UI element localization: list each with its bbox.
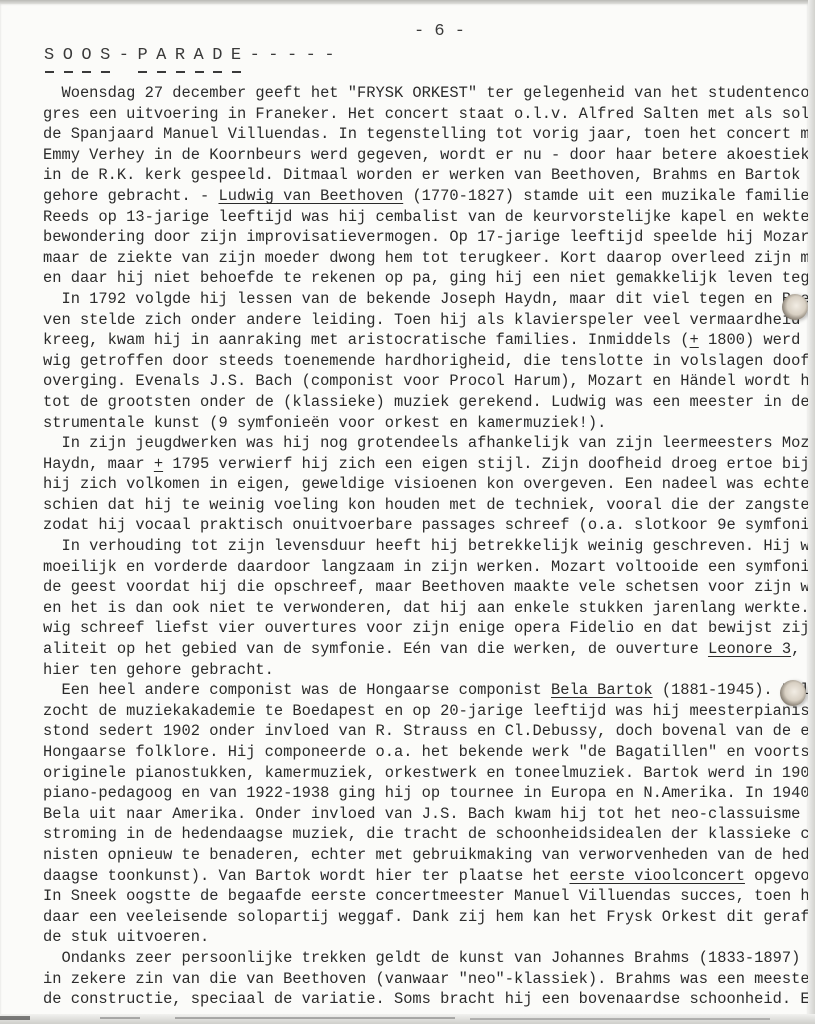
text-line: Hongaarse folklore. Hij componeerde o.a.… bbox=[43, 742, 815, 763]
text-line: In verhouding tot zijn levensduur heeft … bbox=[43, 536, 815, 557]
heading-letter: S bbox=[44, 46, 63, 65]
text-segment: In 1792 volgde hij lessen van de bekende… bbox=[43, 290, 815, 308]
text-line: Woensdag 27 december geeft het "FRYSK OR… bbox=[43, 83, 815, 104]
text-line: gehore gebracht. - Ludwig van Beethoven … bbox=[43, 186, 815, 207]
text-segment: bewondering door zijn improvisatievermog… bbox=[43, 228, 815, 246]
text-line: de constructie, speciaal de variatie. So… bbox=[43, 989, 815, 1010]
text-segment: in zekere zin van die van Beethoven (van… bbox=[43, 970, 815, 988]
heading-letter: O bbox=[63, 46, 82, 65]
text-segment: de stuk uitvoeren. bbox=[43, 928, 209, 946]
text-segment: en het is dan ook niet te verwonderen, d… bbox=[43, 599, 815, 617]
text-line: overging. Evenals J.S. Bach (componist v… bbox=[43, 371, 815, 392]
punch-hole bbox=[782, 294, 808, 320]
text-segment: Woensdag 27 december geeft het "FRYSK OR… bbox=[43, 84, 815, 102]
text-segment: Haydn, maar bbox=[43, 455, 154, 473]
heading-letter: P bbox=[137, 46, 156, 65]
text-line: aliteit op het gebied van de symfonie. E… bbox=[43, 639, 815, 660]
text-line: de geest voordat hij die opschreef, maar… bbox=[43, 577, 815, 598]
underlined-title: + bbox=[154, 455, 163, 473]
text-segment: gehore gebracht. - bbox=[43, 187, 218, 205]
underlined-title: eerste vioolconcert bbox=[569, 867, 744, 885]
text-segment: gres een uitvoering in Franeker. Het con… bbox=[43, 105, 815, 123]
text-segment: In verhouding tot zijn levensduur heeft … bbox=[43, 537, 815, 555]
text-line: strumentale kunst (9 symfonieën voor ork… bbox=[43, 413, 815, 434]
underlined-title: Ludwig van Beethoven bbox=[218, 187, 403, 205]
heading-letter: - bbox=[287, 46, 306, 65]
paper-right-edge bbox=[808, 0, 815, 1024]
text-line: Emmy Verhey in de Koornbeurs werd gegeve… bbox=[43, 145, 815, 166]
text-segment: moeilijk en vorderde daardoor langzaam i… bbox=[43, 558, 815, 576]
text-line: Een heel andere componist was de Hongaar… bbox=[43, 680, 815, 701]
text-line: daar een veeleisende solopartij weggaf. … bbox=[43, 907, 815, 928]
text-segment: Een heel andere componist was de Hongaar… bbox=[43, 681, 551, 699]
text-line: Haydn, maar + 1795 verwierf hij zich een… bbox=[43, 454, 815, 475]
text-segment: aliteit op het gebied van de symfonie. E… bbox=[43, 640, 708, 658]
text-segment: hij zich volkomen in eigen, geweldige vi… bbox=[43, 475, 815, 493]
text-segment: wig schreef liefst vier ouvertures voor … bbox=[43, 619, 815, 637]
text-segment: nisten opnieuw te benaderen, echter met … bbox=[43, 846, 815, 864]
text-segment: en daar hij niet behoefde te rekenen op … bbox=[43, 269, 815, 287]
text-line: en het is dan ook niet te verwonderen, d… bbox=[43, 598, 815, 619]
heading-letter: - bbox=[119, 46, 138, 65]
heading-letter: - bbox=[268, 46, 287, 65]
section-heading: SOOS-PARADE----- bbox=[44, 46, 343, 65]
text-segment: tot de grootsten onder de (klassieke) mu… bbox=[43, 393, 815, 411]
heading-letter: A bbox=[194, 46, 213, 65]
text-line: moeilijk en vorderde daardoor langzaam i… bbox=[43, 557, 815, 578]
text-line: maar de ziekte van zijn moeder dwong hem… bbox=[43, 248, 815, 269]
article-body: Woensdag 27 december geeft het "FRYSK OR… bbox=[43, 83, 815, 1010]
text-line: en daar hij niet behoefde te rekenen op … bbox=[43, 268, 815, 289]
text-segment: schien dat hij te weinig voeling kon hou… bbox=[43, 496, 815, 514]
text-segment: zodat hij vocaal praktisch onuitvoerbare… bbox=[43, 516, 815, 534]
heading-letter: - bbox=[250, 46, 269, 65]
heading-letter: D bbox=[212, 46, 231, 65]
text-segment: opgevoerd. bbox=[745, 867, 815, 885]
document-page: - 6 - SOOS-PARADE----- Woensdag 27 decem… bbox=[0, 4, 808, 1016]
text-line: zocht de muziekakademie te Boedapest en … bbox=[43, 701, 815, 722]
underlined-title: Bela Bartok bbox=[551, 681, 653, 699]
scan-mark bbox=[175, 1017, 455, 1019]
text-line: tot de grootsten onder de (klassieke) mu… bbox=[43, 392, 815, 413]
text-line: stroming in de hedendaagse muziek, die t… bbox=[43, 824, 815, 845]
text-segment: ven stelde zich onder andere leiding. To… bbox=[43, 311, 815, 329]
text-line: originele pianostukken, kamermuziek, ork… bbox=[43, 763, 815, 784]
text-segment: (1770-1827) stamde uit een muzikale fami… bbox=[403, 187, 815, 205]
underlined-title: + bbox=[690, 331, 699, 349]
text-line: wig getroffen door steeds toenemende har… bbox=[43, 351, 815, 372]
scan-mark bbox=[0, 1016, 30, 1020]
heading-letter: - bbox=[324, 46, 343, 65]
text-segment: Emmy Verhey in de Koornbeurs werd gegeve… bbox=[43, 146, 815, 164]
text-segment: Reeds op 13-jarige leeftijd was hij cemb… bbox=[43, 208, 815, 226]
text-line: In Sneek oogstte de begaafde eerste conc… bbox=[43, 886, 815, 907]
text-line: schien dat hij te weinig voeling kon hou… bbox=[43, 495, 815, 516]
text-segment: stond sedert 1902 onder invloed van R. S… bbox=[43, 722, 815, 740]
text-segment: wig getroffen door steeds toenemende har… bbox=[43, 352, 815, 370]
scan-mark bbox=[100, 1017, 140, 1019]
text-line: piano-pedagoog en van 1922-1938 ging hij… bbox=[43, 783, 815, 804]
text-segment: kreeg, kwam hij in aanraking met aristoc… bbox=[43, 331, 690, 349]
text-segment: maar de ziekte van zijn moeder dwong hem… bbox=[43, 249, 815, 267]
heading-letter: S bbox=[100, 46, 119, 65]
punch-hole bbox=[780, 680, 806, 706]
text-line: In 1792 volgde hij lessen van de bekende… bbox=[43, 289, 815, 310]
page-number: - 6 - bbox=[414, 22, 465, 41]
text-segment: 1800) werd Lud- bbox=[699, 331, 815, 349]
text-segment: in de R.K. kerk gespeeld. Ditmaal worden… bbox=[43, 166, 815, 184]
text-segment: daagse toonkunst). Van Bartok wordt hier… bbox=[43, 867, 569, 885]
text-segment: Bela uit naar Amerika. Onder invloed van… bbox=[43, 805, 815, 823]
text-line: zodat hij vocaal praktisch onuitvoerbare… bbox=[43, 515, 815, 536]
text-line: wig schreef liefst vier ouvertures voor … bbox=[43, 618, 815, 639]
text-line: In zijn jeugdwerken was hij nog grotende… bbox=[43, 433, 815, 454]
text-segment: strumentale kunst (9 symfonieën voor ork… bbox=[43, 414, 606, 432]
text-segment: hier ten gehore gebracht. bbox=[43, 661, 274, 679]
text-line: in de R.K. kerk gespeeld. Ditmaal worden… bbox=[43, 165, 815, 186]
text-line: de Spanjaard Manuel Villuendas. In tegen… bbox=[43, 124, 815, 145]
heading-letter: O bbox=[81, 46, 100, 65]
heading-letter: A bbox=[156, 46, 175, 65]
text-line: hij zich volkomen in eigen, geweldige vi… bbox=[43, 474, 815, 495]
text-segment: Hongaarse folklore. Hij componeerde o.a.… bbox=[43, 743, 815, 761]
text-line: Ondanks zeer persoonlijke trekken geldt … bbox=[43, 948, 815, 969]
text-segment: 1795 verwierf hij zich een eigen stijl. … bbox=[163, 455, 815, 473]
heading-letter: R bbox=[175, 46, 194, 65]
scan-mark bbox=[470, 1018, 770, 1020]
text-line: Bela uit naar Amerika. Onder invloed van… bbox=[43, 804, 815, 825]
text-line: hier ten gehore gebracht. bbox=[43, 660, 815, 681]
underlined-title: Leonore 3 bbox=[708, 640, 791, 658]
text-line: stond sedert 1902 onder invloed van R. S… bbox=[43, 721, 815, 742]
text-line: bewondering door zijn improvisatievermog… bbox=[43, 227, 815, 248]
text-segment: zocht de muziekakademie te Boedapest en … bbox=[43, 702, 815, 720]
heading-letter: - bbox=[306, 46, 325, 65]
text-line: in zekere zin van die van Beethoven (van… bbox=[43, 969, 815, 990]
paper-bottom-edge bbox=[0, 1014, 815, 1024]
text-line: kreeg, kwam hij in aanraking met aristoc… bbox=[43, 330, 815, 351]
text-segment: daar een veeleisende solopartij weggaf. … bbox=[43, 908, 815, 926]
text-segment: overging. Evenals J.S. Bach (componist v… bbox=[43, 372, 815, 390]
text-segment: Ondanks zeer persoonlijke trekken geldt … bbox=[43, 949, 815, 967]
text-line: nisten opnieuw te benaderen, echter met … bbox=[43, 845, 815, 866]
text-segment: In zijn jeugdwerken was hij nog grotende… bbox=[43, 434, 815, 452]
text-segment: stroming in de hedendaagse muziek, die t… bbox=[43, 825, 815, 843]
text-line: gres een uitvoering in Franeker. Het con… bbox=[43, 104, 815, 125]
text-segment: piano-pedagoog en van 1922-1938 ging hij… bbox=[43, 784, 815, 802]
text-segment: de constructie, speciaal de variatie. So… bbox=[43, 990, 815, 1008]
heading-letter: E bbox=[231, 46, 250, 65]
text-segment: In Sneek oogstte de begaafde eerste conc… bbox=[43, 887, 815, 905]
text-line: daagse toonkunst). Van Bartok wordt hier… bbox=[43, 866, 815, 887]
text-line: ven stelde zich onder andere leiding. To… bbox=[43, 310, 815, 331]
text-segment: de Spanjaard Manuel Villuendas. In tegen… bbox=[43, 125, 815, 143]
text-line: de stuk uitvoeren. bbox=[43, 927, 815, 948]
text-segment: originele pianostukken, kamermuziek, ork… bbox=[43, 764, 815, 782]
text-line: Reeds op 13-jarige leeftijd was hij cemb… bbox=[43, 207, 815, 228]
text-segment: de geest voordat hij die opschreef, maar… bbox=[43, 578, 815, 596]
